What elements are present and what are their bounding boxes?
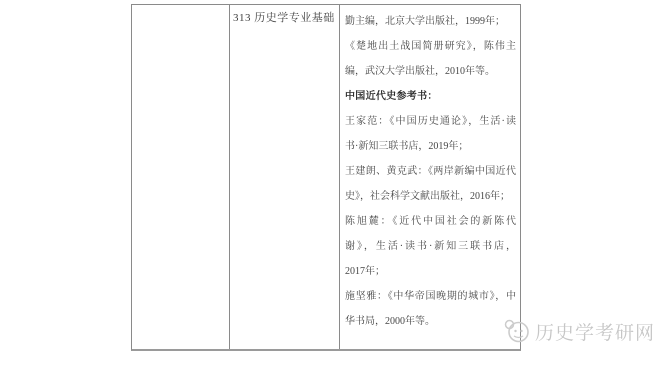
exam-subject-cell: 313 历史学专业基础 bbox=[229, 5, 339, 349]
reference-line-3: 编，武汉大学出版社，2010年等。 bbox=[345, 59, 516, 84]
reference-line-2: 《楚地出土战国简册研究》，陈伟主 bbox=[345, 34, 516, 59]
reference-line-7: 王建朗、黄克武：《两岸新编中国近代 bbox=[345, 159, 516, 184]
reference-line-6: 书·新知三联书店，2019年； bbox=[345, 134, 516, 159]
reference-line-13: 华书局，2000年等。 bbox=[345, 309, 516, 334]
watermark: 历史学考研网 bbox=[503, 317, 655, 345]
reference-books-cell: 勤主编，北京大学出版社，1999年；《楚地出土战国简册研究》，陈伟主编，武汉大学… bbox=[339, 5, 520, 349]
reference-line-4: 中国近代史参考书： bbox=[345, 84, 516, 109]
empty-cell bbox=[132, 5, 229, 349]
reference-line-1: 勤主编，北京大学出版社，1999年； bbox=[345, 9, 516, 34]
reference-line-5: 王家范：《中国历史通论》，生活·读 bbox=[345, 109, 516, 134]
reference-line-11: 2017年； bbox=[345, 259, 516, 284]
watermark-text: 历史学考研网 bbox=[535, 318, 655, 345]
reference-line-12: 施坚雅：《中华帝国晚期的城市》，中 bbox=[345, 284, 516, 309]
reference-line-9: 陈旭麓：《近代中国社会的新陈代 bbox=[345, 209, 516, 234]
document-page: 313 历史学专业基础 勤主编，北京大学出版社，1999年；《楚地出土战国简册研… bbox=[0, 0, 660, 365]
admission-reference-table: 313 历史学专业基础 勤主编，北京大学出版社，1999年；《楚地出土战国简册研… bbox=[131, 4, 521, 351]
reference-line-10: 谢》，生活·读书·新知三联书店， bbox=[345, 234, 516, 259]
reference-line-8: 史》，社会科学文献出版社，2016年； bbox=[345, 184, 516, 209]
